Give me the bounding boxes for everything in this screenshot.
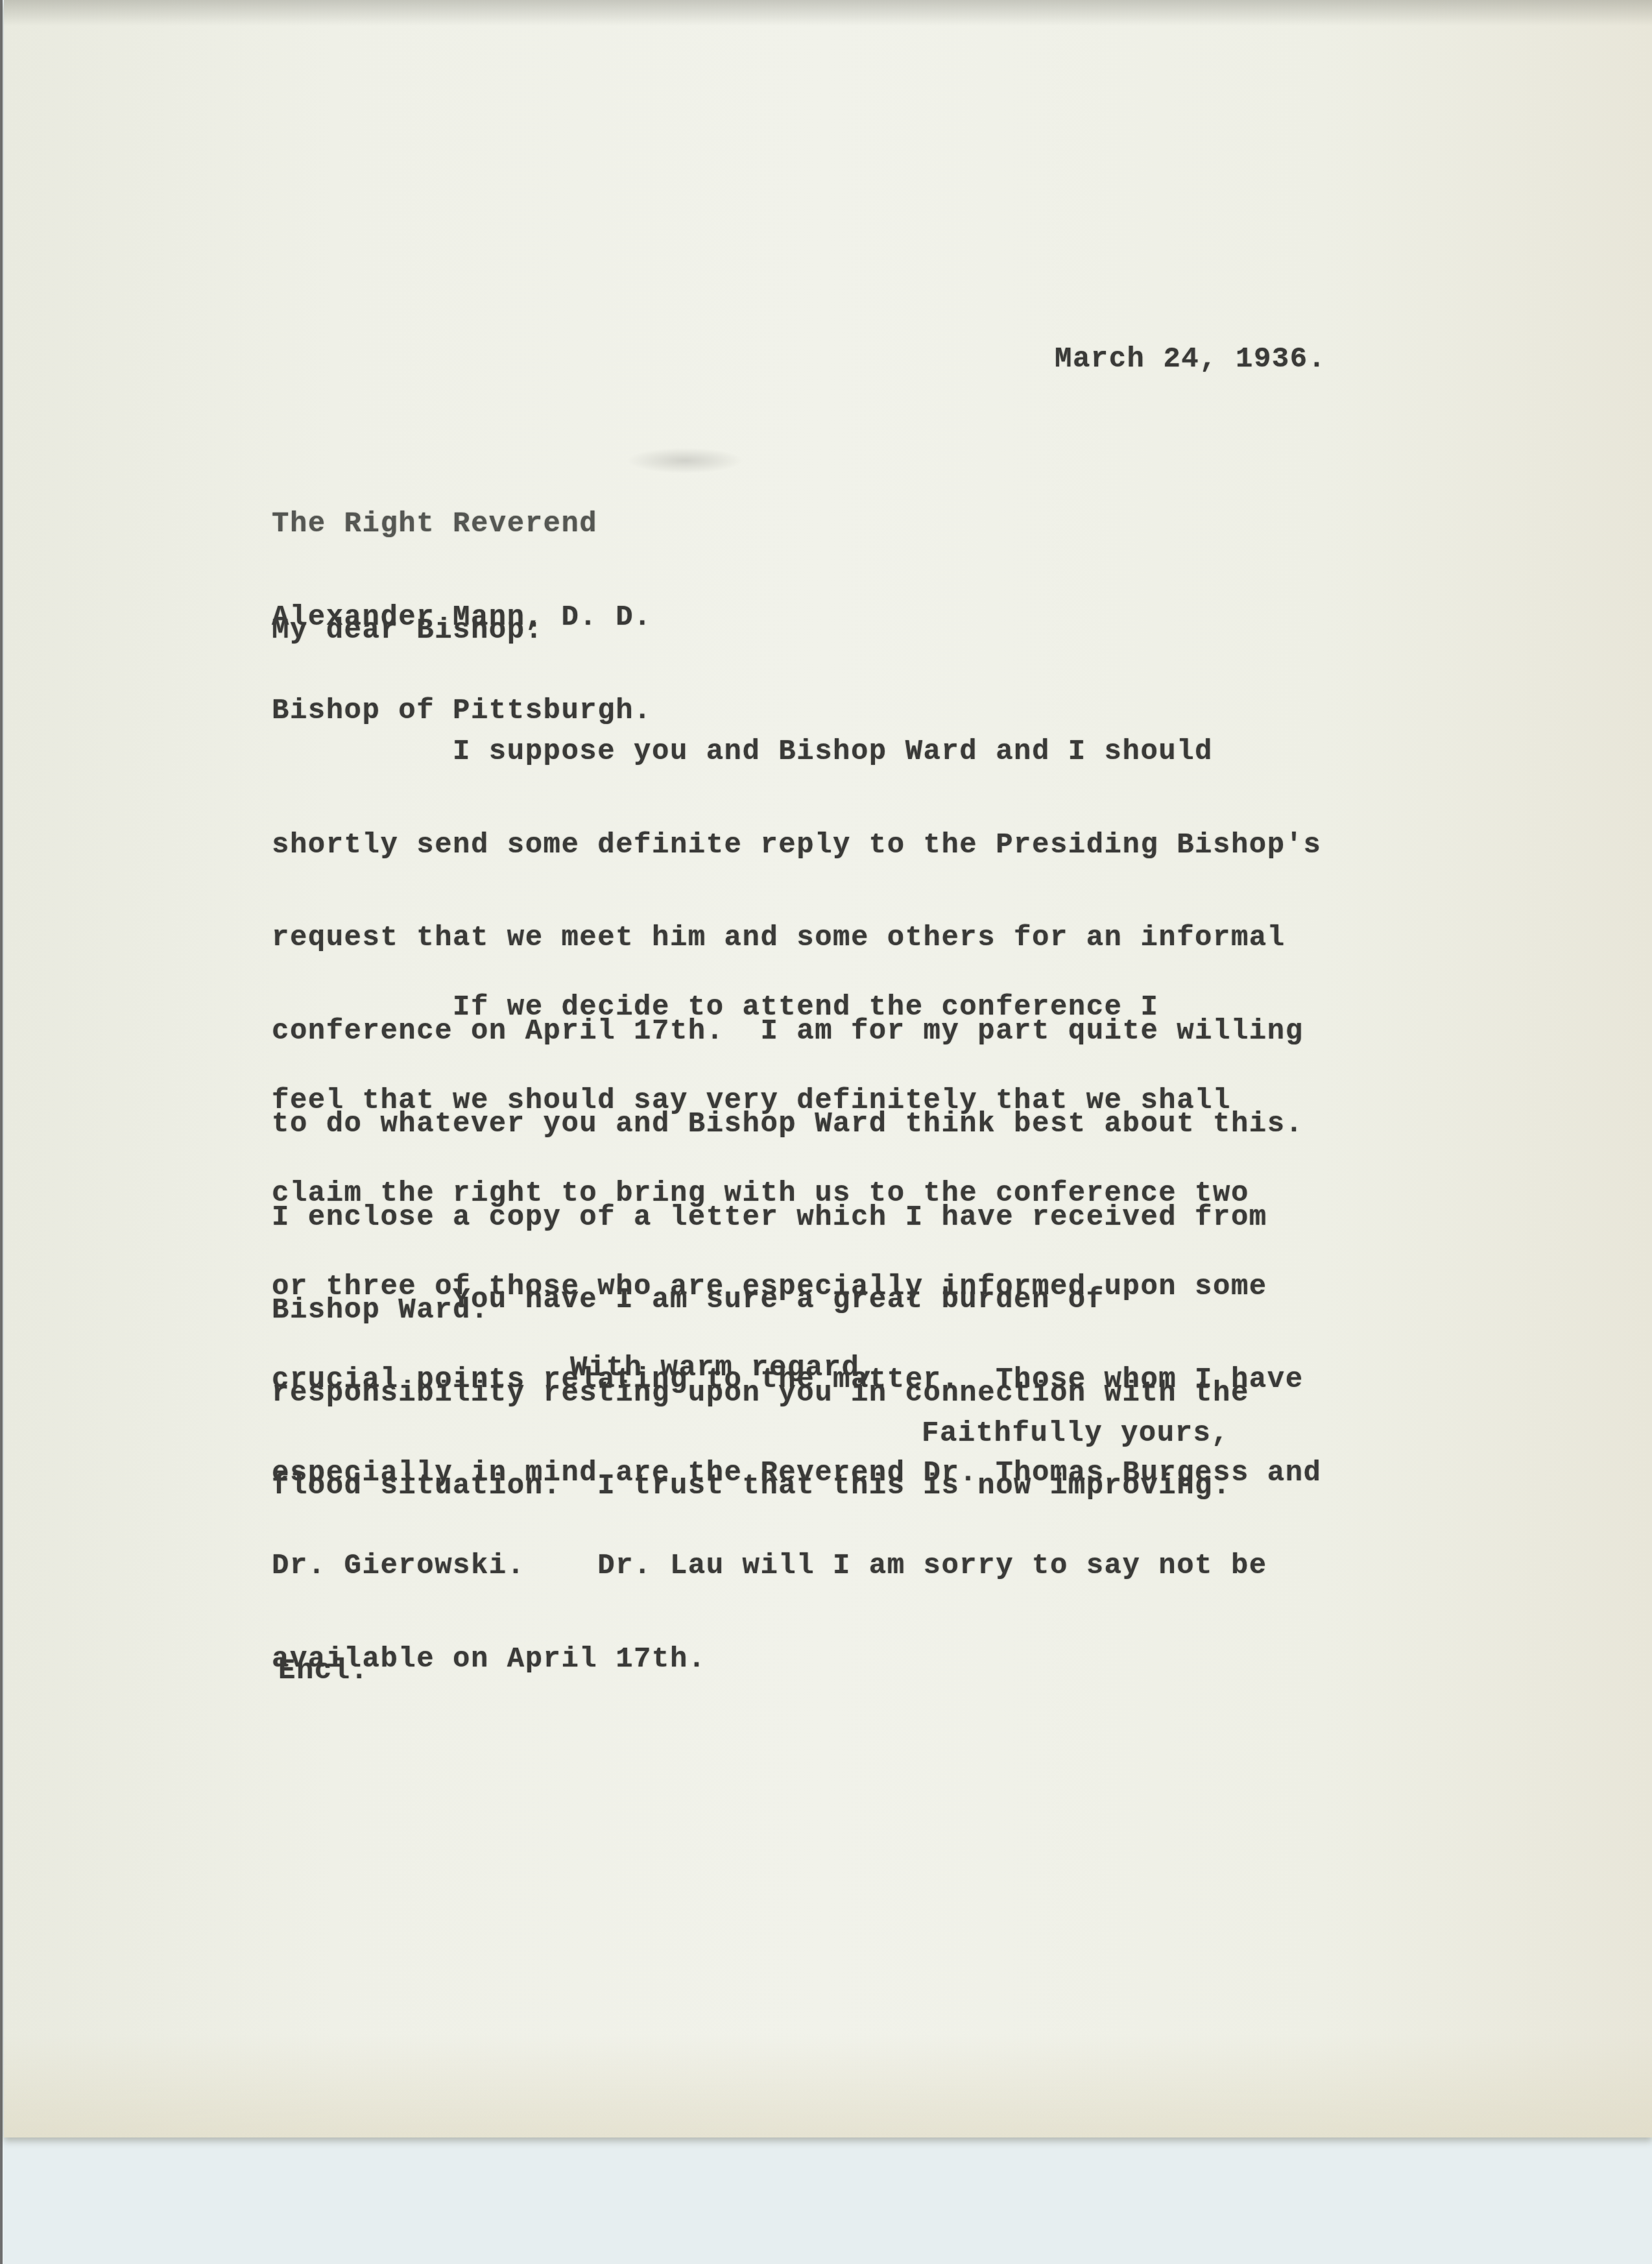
paragraph-line: flood situation. I trust that this is no… bbox=[272, 1471, 1249, 1502]
paragraph-line: shortly send some definite reply to the … bbox=[272, 830, 1321, 861]
paragraph-line: available on April 17th. bbox=[272, 1644, 1321, 1676]
paragraph-3: You have I am sure a great burden of res… bbox=[272, 1223, 1249, 1565]
paragraph-line: feel that we should say very definitely … bbox=[272, 1086, 1321, 1117]
enclosure-note: Encl. bbox=[278, 1656, 369, 1687]
letter-page: March 24, 1936. The Right Reverend Alexa… bbox=[4, 0, 1652, 2138]
paragraph-line: claim the right to bring with us to the … bbox=[272, 1179, 1321, 1210]
salutation: My dear Bishop: bbox=[272, 615, 544, 646]
scan-edge bbox=[0, 0, 3, 2264]
paragraph-line: I suppose you and Bishop Ward and I shou… bbox=[272, 737, 1321, 768]
closing: With warm regard, bbox=[570, 1353, 878, 1384]
paragraph-line: If we decide to attend the conference I bbox=[272, 993, 1321, 1024]
recipient-title: The Right Reverend bbox=[272, 509, 652, 540]
letter-date: March 24, 1936. bbox=[1055, 344, 1326, 375]
signoff: Faithfully yours, bbox=[922, 1418, 1229, 1449]
paragraph-line: You have I am sure a great burden of bbox=[272, 1285, 1249, 1316]
